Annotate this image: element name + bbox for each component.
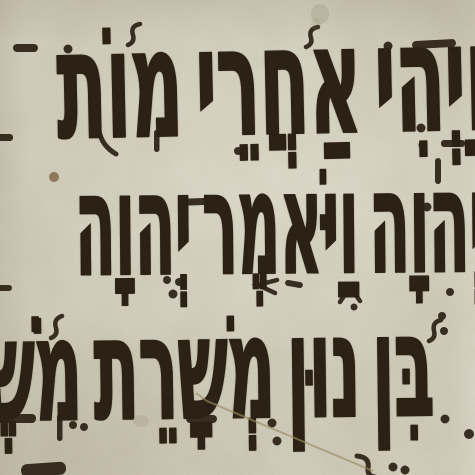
- bottom-dot-2: [401, 466, 410, 475]
- bottom-dot-right-edge: [464, 429, 474, 439]
- bottom-dot-1: [389, 463, 398, 472]
- edge-dot-mid-2: [440, 327, 448, 335]
- bottom-dot-3: [441, 415, 450, 424]
- next-line-bar-tip: [21, 461, 67, 475]
- rafe-bar-left: [13, 44, 38, 52]
- next-line-letter-tip: [357, 456, 375, 475]
- edge-dash-line1: [0, 134, 13, 141]
- manuscript-photo: וַיְהִי אַחֲרֵי מוֹת יְהוָה וַיֹּאמֶר יְ…: [0, 0, 475, 475]
- manuscript-line-3: בִּן נוּן מְשָׁרֵת מֹשֶׁה: [0, 296, 435, 444]
- edge-dot-mid-1: [438, 312, 446, 320]
- manuscript-line-2: יְהוָה וַיֹּאמֶר יְהוָה: [74, 152, 475, 298]
- manuscript-line-1: וַיְהִי אַחֲרֵי מוֹת: [55, 3, 475, 162]
